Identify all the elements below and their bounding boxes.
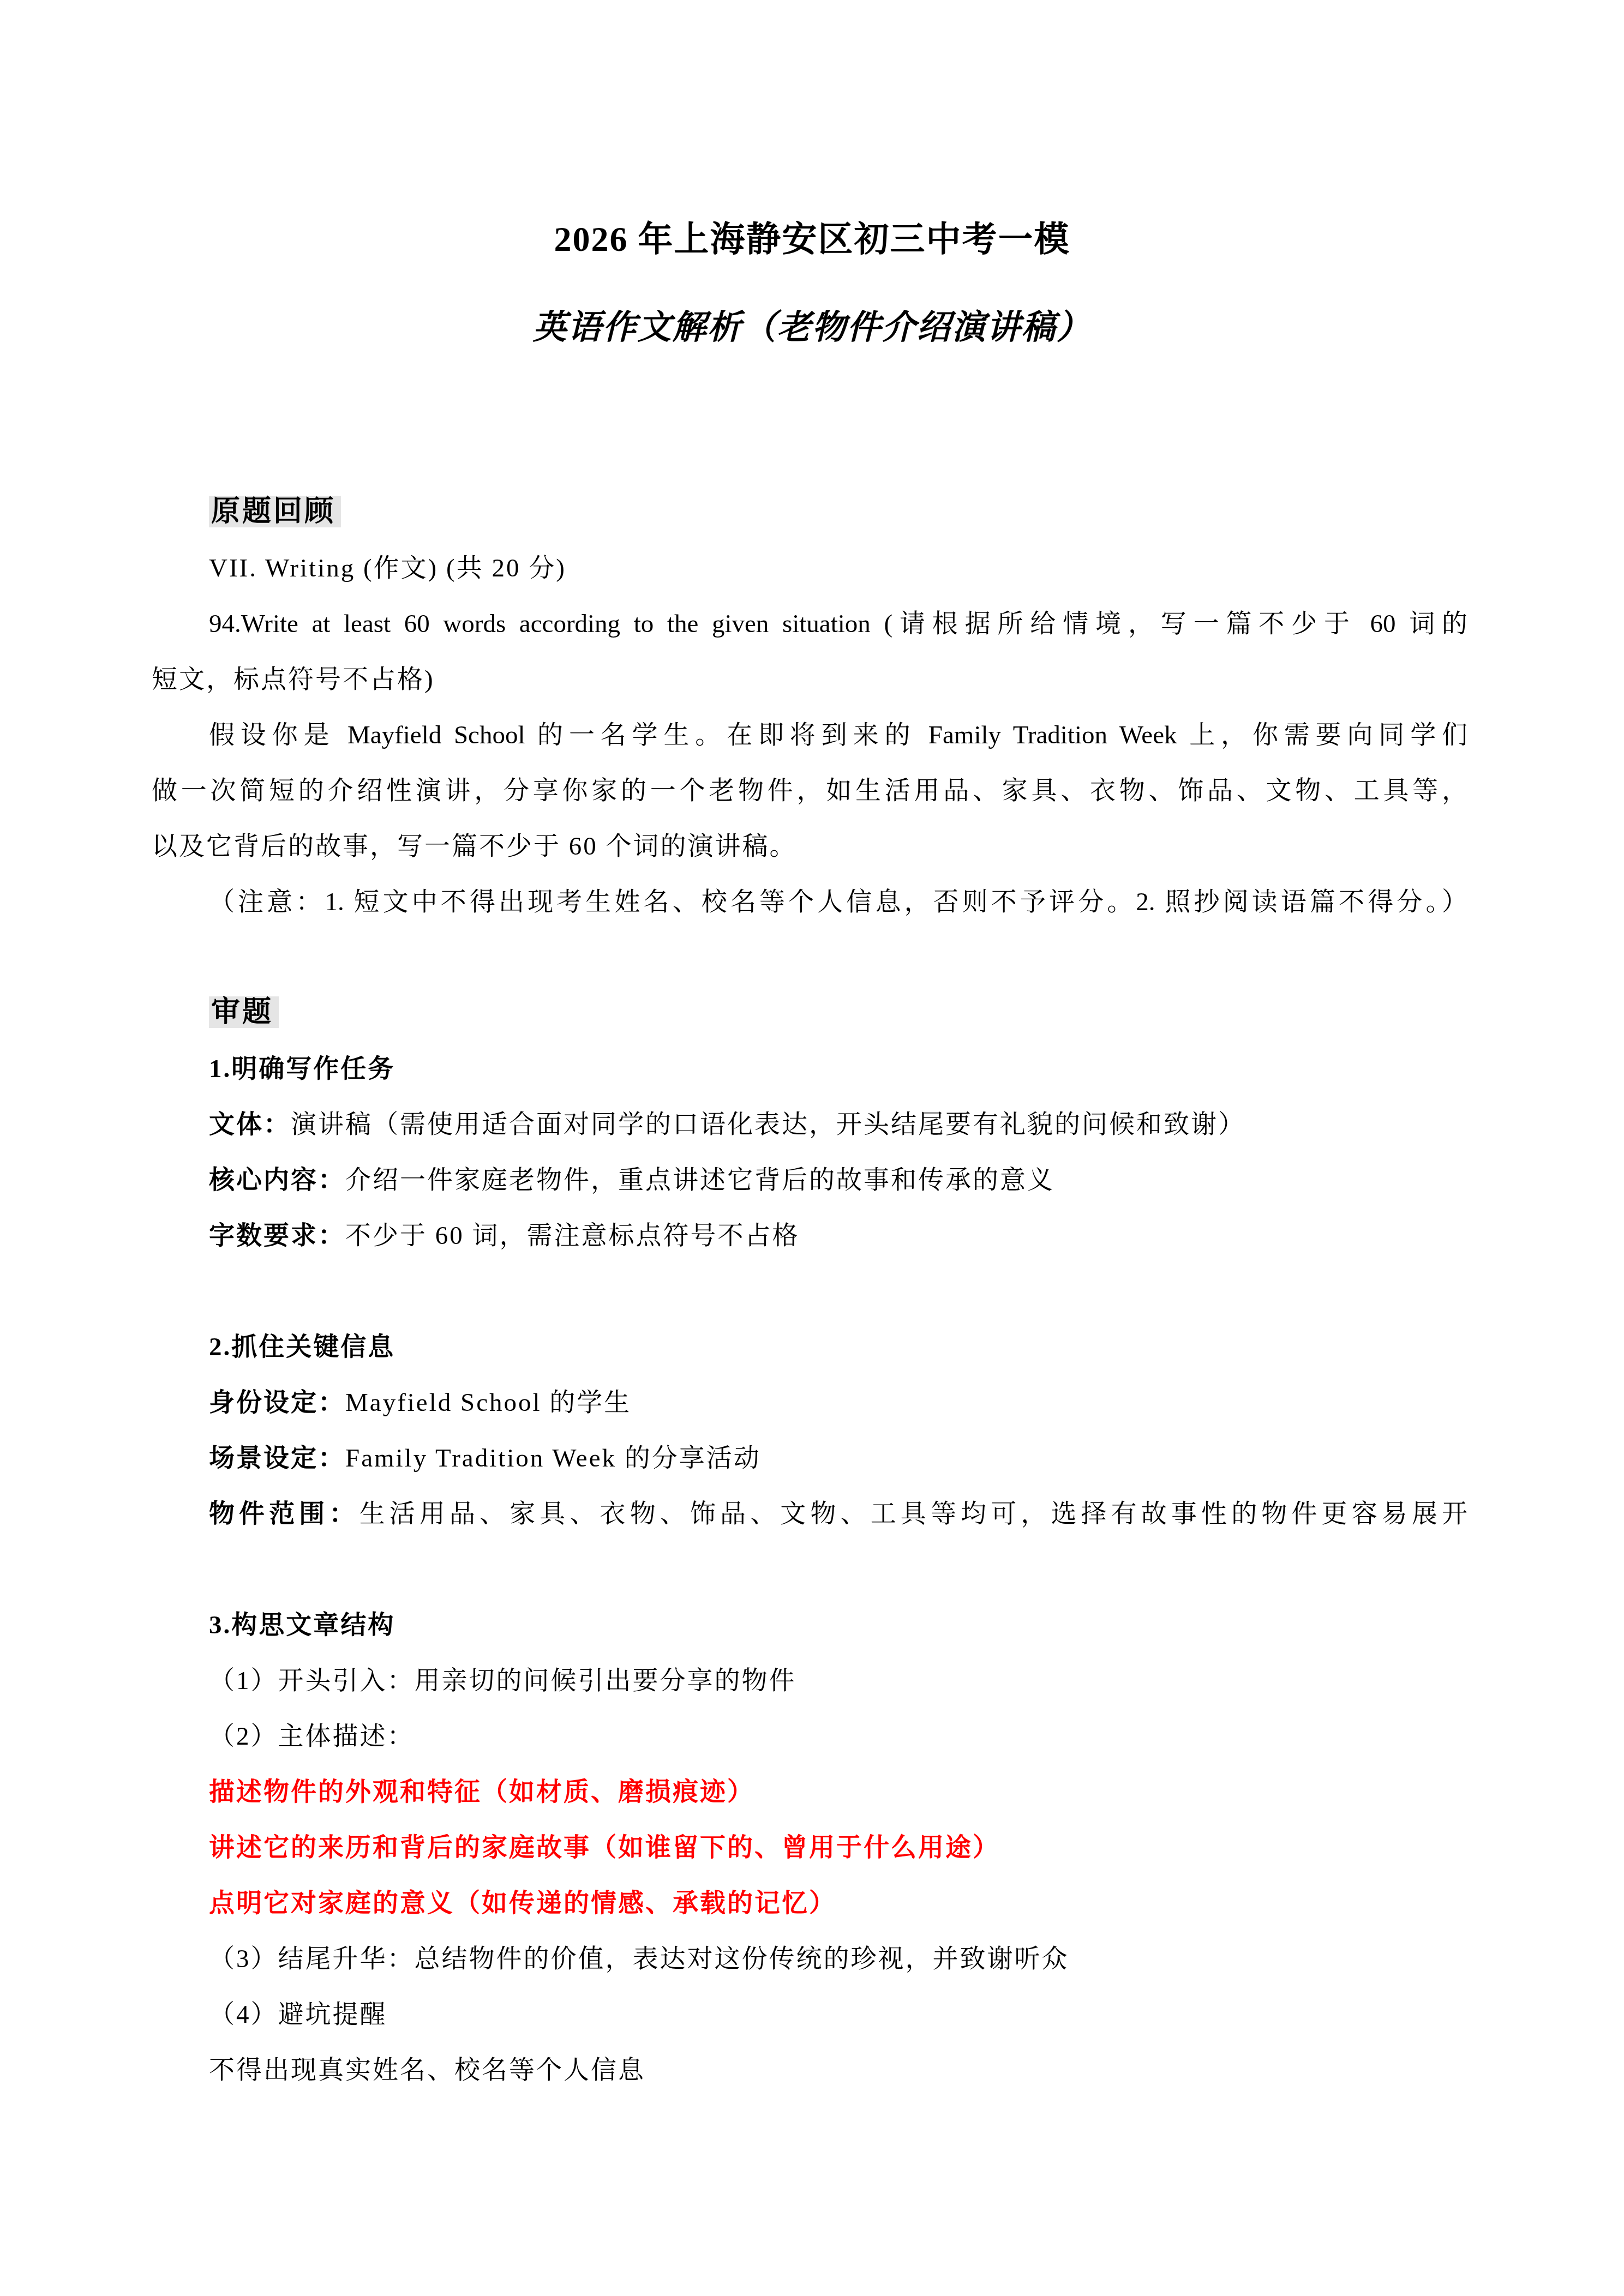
red-emphasis-line: 描述物件的外观和特征（如材质、磨损痕迹） bbox=[152, 1764, 1467, 1820]
body-line: （2）主体描述： bbox=[152, 1709, 1467, 1764]
body-line: （4）避坑提醒 bbox=[152, 1987, 1467, 2042]
labeled-body-line: 身份设定：Mayfield School 的学生 bbox=[152, 1375, 1467, 1431]
blank-line bbox=[152, 1542, 1467, 1597]
bold-body-line: 3.构思文章结构 bbox=[152, 1597, 1467, 1653]
line-label: 文体： bbox=[209, 1110, 291, 1139]
line-text: 生活用品、家具、衣物、饰品、文物、工具等均可，选择有故事性的物件更容易展开 bbox=[359, 1500, 1467, 1528]
body-line: 做一次简短的介绍性演讲，分享你家的一个老物件，如生活用品、家具、衣物、饰品、文物… bbox=[152, 763, 1467, 819]
line-label: 字数要求： bbox=[209, 1222, 345, 1250]
labeled-body-line: 文体：演讲稿（需使用适合面对同学的口语化表达，开头结尾要有礼貌的问候和致谢） bbox=[152, 1097, 1467, 1152]
document-subtitle: 英语作文解析（老物件介绍演讲稿） bbox=[0, 306, 1624, 349]
line-label: 身份设定： bbox=[209, 1389, 345, 1417]
blank-line bbox=[152, 1264, 1467, 1319]
bold-body-line: 2.抓住关键信息 bbox=[152, 1319, 1467, 1375]
bold-body-line: 1.明确写作任务 bbox=[152, 1041, 1467, 1097]
body-line: 94.Write at least 60 words according to … bbox=[152, 596, 1467, 652]
section-heading: 审题 bbox=[152, 985, 1467, 1041]
labeled-body-line: 字数要求：不少于 60 词，需注意标点符号不占格 bbox=[152, 1208, 1467, 1264]
body-line: 不得出现真实姓名、校名等个人信息 bbox=[152, 2042, 1467, 2098]
body-line: 以及它背后的故事，写一篇不少于 60 个词的演讲稿。 bbox=[152, 819, 1467, 874]
line-text: 演讲稿（需使用适合面对同学的口语化表达，开头结尾要有礼貌的问候和致谢） bbox=[291, 1110, 1245, 1139]
document-page: 2026 年上海静安区初三中考一模 英语作文解析（老物件介绍演讲稿） 原题回顾V… bbox=[0, 0, 1624, 2296]
document-title: 2026 年上海静安区初三中考一模 bbox=[0, 219, 1624, 260]
body-line: 假设你是 Mayfield School 的一名学生。在即将到来的 Family… bbox=[152, 707, 1467, 763]
body-line: （注意：1. 短文中不得出现考生姓名、校名等个人信息，否则不予评分。2. 照抄阅… bbox=[152, 874, 1467, 930]
section-heading: 原题回顾 bbox=[152, 485, 1467, 540]
line-label: 物件范围： bbox=[209, 1500, 359, 1528]
line-label: 场景设定： bbox=[209, 1444, 345, 1472]
body-line: VII. Writing (作文) (共 20 分) bbox=[152, 540, 1467, 596]
labeled-body-line: 场景设定：Family Tradition Week 的分享活动 bbox=[152, 1431, 1467, 1486]
labeled-body-line: 核心内容：介绍一件家庭老物件，重点讲述它背后的故事和传承的意义 bbox=[152, 1152, 1467, 1208]
section-heading-highlight: 原题回顾 bbox=[209, 496, 341, 527]
body-line: 短文，标点符号不占格) bbox=[152, 652, 1467, 707]
line-text: Mayfield School 的学生 bbox=[345, 1389, 631, 1417]
line-label: 核心内容： bbox=[209, 1166, 345, 1194]
red-emphasis-line: 点明它对家庭的意义（如传递的情感、承载的记忆） bbox=[152, 1876, 1467, 1931]
section-heading-highlight: 审题 bbox=[209, 996, 279, 1028]
blank-line bbox=[152, 930, 1467, 985]
line-text: Family Tradition Week 的分享活动 bbox=[345, 1444, 761, 1472]
labeled-body-line: 物件范围：生活用品、家具、衣物、饰品、文物、工具等均可，选择有故事性的物件更容易… bbox=[152, 1486, 1467, 1542]
line-text: 介绍一件家庭老物件，重点讲述它背后的故事和传承的意义 bbox=[345, 1166, 1054, 1194]
line-text: 不少于 60 词，需注意标点符号不占格 bbox=[345, 1222, 800, 1250]
red-emphasis-line: 讲述它的来历和背后的家庭故事（如谁留下的、曾用于什么用途） bbox=[152, 1820, 1467, 1876]
body-line: （3）结尾升华：总结物件的价值，表达对这份传统的珍视，并致谢听众 bbox=[152, 1931, 1467, 1987]
body-line: （1）开头引入：用亲切的问候引出要分享的物件 bbox=[152, 1653, 1467, 1709]
document-body: 原题回顾VII. Writing (作文) (共 20 分)94.Write a… bbox=[152, 485, 1467, 2098]
